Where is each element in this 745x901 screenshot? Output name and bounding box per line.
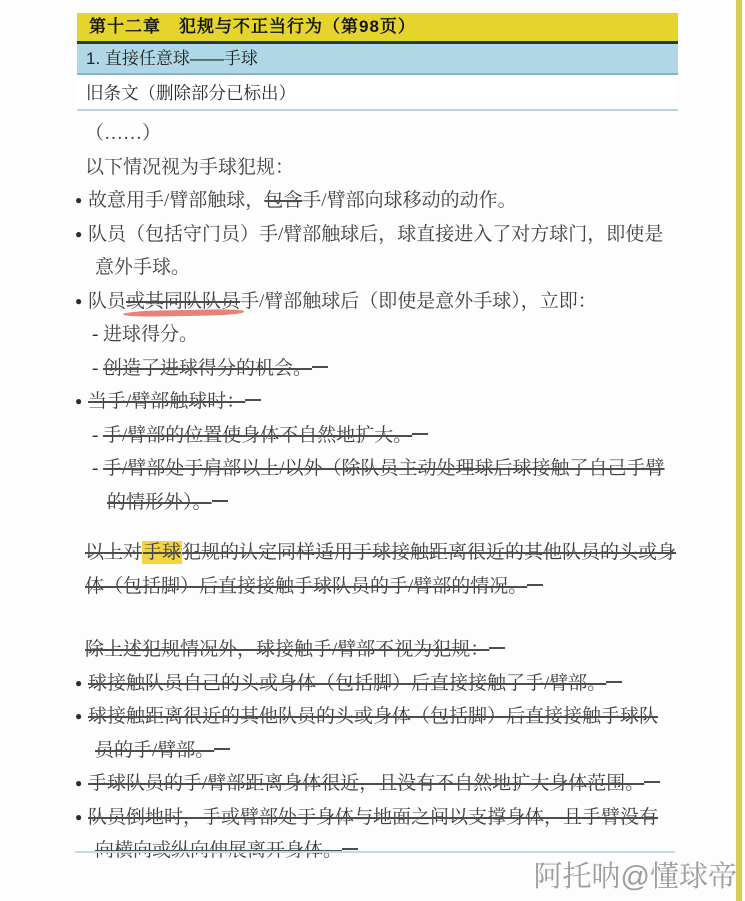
- document-body: （……）以下情况视为手球犯规：●故意用手/臂部触球，包含手/臂部向球移动的动作。…: [75, 117, 678, 868]
- text-segment: 手/臂部处于肩部以上/以外（除队员主动处理球后球接触了自己手臂: [103, 458, 665, 479]
- text-segment: 进球得分。: [103, 324, 198, 345]
- content-column: 第十二章 犯规与不正当行为（第98页） 1. 直接任意球——手球 旧条文（删除部…: [77, 13, 678, 111]
- text-line: 员的手/臂部。: [75, 734, 678, 768]
- text-segment: （……）: [85, 123, 161, 144]
- text-segment: 队员: [88, 291, 126, 312]
- bullet-marker: ●: [75, 285, 82, 319]
- text-line: ●故意用手/臂部触球，包含手/臂部向球移动的动作。: [75, 184, 678, 218]
- bullet-marker: ●: [75, 184, 82, 218]
- strike-tail: [412, 433, 428, 435]
- bullet-marker: ●: [75, 767, 82, 801]
- text-segment: 除上述犯规情况外，球接触手/臂部不视为犯规：: [85, 639, 489, 660]
- text-segment: 故意用手/臂部触球，: [88, 190, 264, 211]
- watermark: 阿托呐@懂球帝: [534, 854, 737, 895]
- text-segment: 手/臂部向球移动的动作。: [302, 190, 516, 211]
- text-line: ●队员倒地时，手或臂部处于身体与地面之间以支撑身体，且手臂没有: [75, 801, 678, 835]
- text-segment: 当手/臂部触球时：: [88, 391, 245, 412]
- red-underlined-segment: 或其同队队员: [126, 291, 240, 312]
- text-line: -进球得分。: [75, 318, 678, 352]
- text-segment: 员的手/臂部。: [95, 740, 214, 761]
- strike-tail: [342, 848, 358, 850]
- text-line: 体（包括脚）后直接接触手球队员的手/臂部的情况。: [75, 570, 678, 604]
- text-line: -手/臂部的位置使身体不自然地扩大。: [75, 419, 678, 453]
- text-line: ●队员（包括守门员）手/臂部触球后，球直接进入了对方球门，即使是: [75, 218, 678, 252]
- strike-tail: [489, 647, 505, 649]
- text-segment: 球接触距离很近的其他队员的头或身体（包括脚）后直接接触手球队: [88, 706, 658, 727]
- text-segment: 以下情况视为手球犯规：: [85, 157, 294, 178]
- document-page: 第十二章 犯规与不正当行为（第98页） 1. 直接任意球——手球 旧条文（删除部…: [0, 0, 745, 901]
- dash-marker: -: [92, 419, 98, 453]
- text-segment: 手/臂部的位置使身体不自然地扩大。: [103, 425, 412, 446]
- strike-tail: [212, 500, 228, 502]
- dash-marker: -: [92, 352, 98, 386]
- text-line: ●手球队员的手/臂部距离身体很近，且没有不自然地扩大身体范围。: [75, 767, 678, 801]
- text-segment: 手球队员的手/臂部距离身体很近，且没有不自然地扩大身体范围。: [88, 773, 644, 794]
- section-title: 1. 直接任意球——手球: [77, 44, 678, 75]
- text-segment: 队员倒地时，手或臂部处于身体与地面之间以支撑身体，且手臂没有: [88, 807, 658, 828]
- text-segment: 意外手球。: [95, 257, 190, 278]
- bullet-marker: ●: [75, 700, 82, 734]
- text-line: ●球接触距离很近的其他队员的头或身体（包括脚）后直接接触手球队: [75, 700, 678, 734]
- bullet-marker: ●: [75, 801, 82, 835]
- strike-tail: [527, 584, 543, 586]
- text-line: ●队员或其同队队员手/臂部触球后（即使是意外手球），立即：: [75, 285, 678, 319]
- strike-tail: [606, 681, 622, 683]
- strike-tail: [245, 399, 261, 401]
- text-line: 的情形外）。: [75, 486, 678, 520]
- dash-marker: -: [92, 318, 98, 352]
- text-line: 除上述犯规情况外，球接触手/臂部不视为犯规：: [75, 633, 678, 667]
- bullet-marker: ●: [75, 218, 82, 252]
- text-segment: 犯规的认定同样适用于球接触距离很近的其他队员的头或身: [182, 542, 676, 563]
- strike-tail: [214, 748, 230, 750]
- bottom-divider: [75, 851, 675, 853]
- text-segment: 队员（包括守门员）手/臂部触球后，球直接进入了对方球门，即使是: [88, 224, 663, 245]
- text-segment: 包含: [264, 190, 302, 211]
- text-segment: 以上对: [85, 542, 142, 563]
- text-line: -手/臂部处于肩部以上/以外（除队员主动处理球后球接触了自己手臂: [75, 452, 678, 486]
- text-line: 意外手球。: [75, 251, 678, 285]
- right-edge-strip: [736, 0, 742, 901]
- text-segment: 体（包括脚）后直接接触手球队员的手/臂部的情况。: [85, 576, 527, 597]
- note-heading: 旧条文（删除部分已标出）: [77, 75, 678, 111]
- text-line: -创造了进球得分的机会。: [75, 352, 678, 386]
- strike-tail: [644, 781, 660, 783]
- highlighted-segment: 手球: [142, 541, 182, 564]
- dash-marker: -: [92, 452, 98, 486]
- text-segment: 手/臂部触球后（即使是意外手球），立即：: [240, 291, 597, 312]
- text-segment: 的情形外）。: [107, 492, 212, 513]
- text-line: ●球接触队员自己的头或身体（包括脚）后直接接触了手/臂部。: [75, 667, 678, 701]
- text-segment: 球接触队员自己的头或身体（包括脚）后直接接触了手/臂部。: [88, 673, 606, 694]
- text-line: 以下情况视为手球犯规：: [75, 151, 678, 185]
- bullet-marker: ●: [75, 667, 82, 701]
- text-line: （……）: [75, 117, 678, 151]
- bullet-marker: ●: [75, 385, 82, 419]
- text-segment: 创造了进球得分的机会。: [103, 358, 312, 379]
- strike-tail: [312, 366, 328, 368]
- chapter-header: 第十二章 犯规与不正当行为（第98页）: [77, 13, 678, 44]
- text-line: 以上对手球犯规的认定同样适用于球接触距离很近的其他队员的头或身: [75, 536, 678, 570]
- text-line: ●当手/臂部触球时：: [75, 385, 678, 419]
